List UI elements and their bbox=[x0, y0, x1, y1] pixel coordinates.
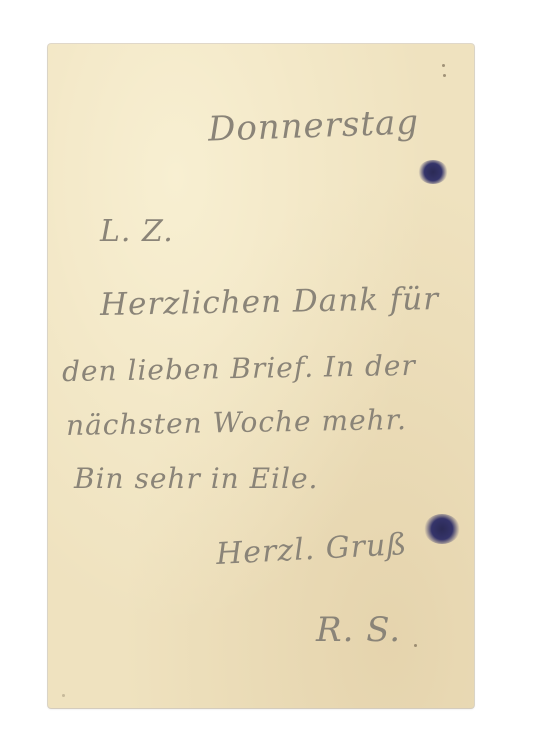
letter-line-3: nächsten Woche mehr. bbox=[66, 403, 407, 442]
salutation: L. Z. bbox=[100, 214, 174, 249]
signature: R. S. bbox=[316, 610, 401, 650]
closing: Herzl. Gruß bbox=[215, 527, 408, 572]
letter-line-1: Herzlichen Dank für bbox=[100, 281, 440, 323]
paper-speck bbox=[443, 74, 446, 77]
ink-stamp-bottom bbox=[424, 514, 460, 544]
paper-speck bbox=[414, 644, 417, 647]
date-line: Donnerstag bbox=[207, 102, 419, 149]
letter-line-2: den lieben Brief. In der bbox=[62, 349, 416, 388]
paper-speck bbox=[442, 64, 445, 67]
paper-speck bbox=[62, 694, 65, 697]
postcard: Donnerstag L. Z. Herzlichen Dank für den… bbox=[48, 44, 474, 708]
letter-line-4: Bin sehr in Eile. bbox=[74, 462, 318, 495]
ink-stamp-top bbox=[418, 160, 448, 184]
